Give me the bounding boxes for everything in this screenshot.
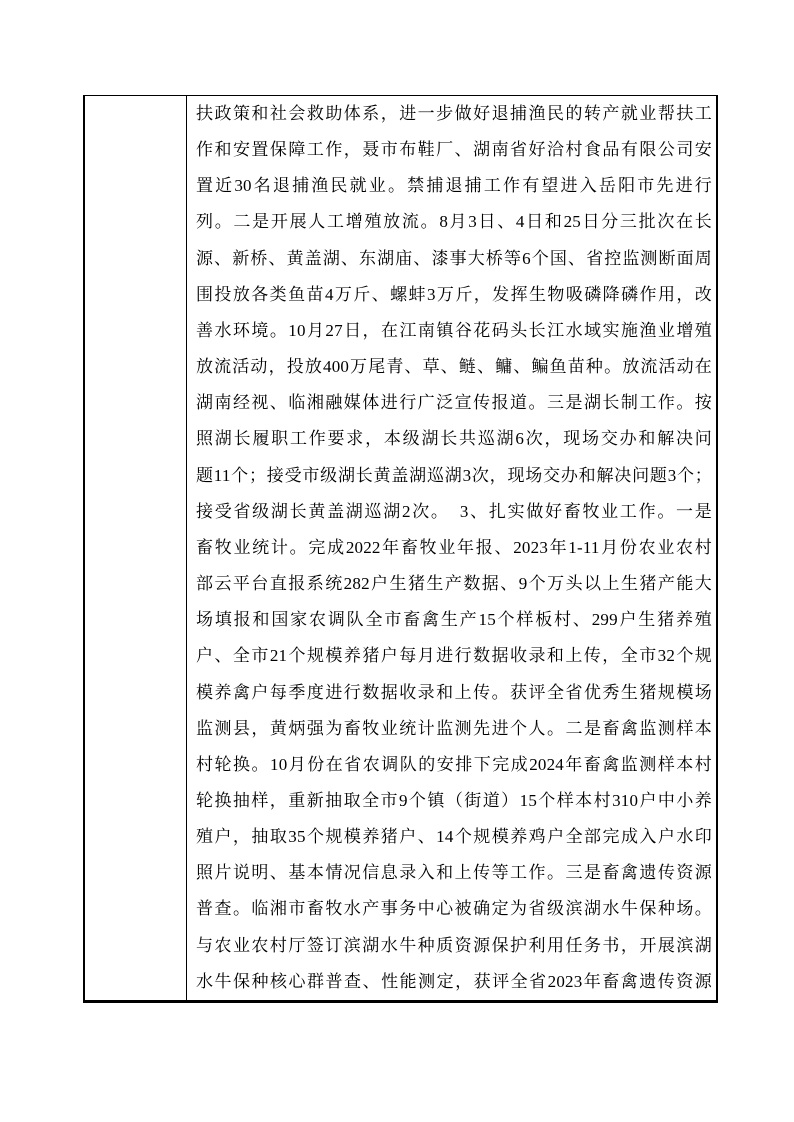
- text-line: 湖南经视、临湘融媒体进行广泛宣传报道。三是湖长制工作。按: [196, 385, 712, 421]
- text-line: 放流活动，投放400万尾青、草、鲢、鳙、鳊鱼苗种。放流活动在: [196, 349, 712, 385]
- text-line: 照片说明、基本情况信息录入和上传等工作。三是畜禽遗传资源: [196, 855, 712, 891]
- text-line: 作和安置保障工作，聂市布鞋厂、湖南省好洽村食品有限公司安: [196, 132, 712, 168]
- report-table: 扶政策和社会救助体系，进一步做好退捕渔民的转产就业帮扶工作和安置保障工作，聂市布…: [83, 95, 718, 1003]
- text-line: 源、新桥、黄盖湖、东湖庙、漆事大桥等6个国、省控监测断面周: [196, 241, 712, 277]
- text-line: 水牛保种核心群普查、性能测定，获评全省2023年畜禽遗传资源: [196, 964, 712, 1000]
- text-line: 置近30名退捕渔民就业。禁捕退捕工作有望进入岳阳市先进行: [196, 168, 712, 204]
- text-line: 普查。临湘市畜牧水产事务中心被确定为省级滨湖水牛保种场。: [196, 891, 712, 927]
- text-line: 列。二是开展人工增殖放流。8月3日、4日和25日分三批次在长: [196, 204, 712, 240]
- text-line: 轮换抽样，重新抽取全市9个镇（街道）15个样本村310户中小养: [196, 783, 712, 819]
- text-line: 村轮换。10月份在省农调队的安排下完成2024年畜禽监测样本村: [196, 747, 712, 783]
- text-line: 善水环境。10月27日，在江南镇谷花码头长江水域实施渔业增殖: [196, 313, 712, 349]
- text-line: 户、全市21个规模养猪户每月进行数据收录和上传，全市32个规: [196, 638, 712, 674]
- text-line: 围投放各类鱼苗4万斤、螺蚌3万斤，发挥生物吸磷降磷作用，改: [196, 277, 712, 313]
- text-line: 接受省级湖长黄盖湖巡湖2次。 3、扎实做好畜牧业工作。一是: [196, 494, 712, 530]
- table-content-cell: 扶政策和社会救助体系，进一步做好退捕渔民的转产就业帮扶工作和安置保障工作，聂市布…: [187, 96, 716, 1000]
- text-line: 场填报和国家农调队全市畜禽生产15个样板村、299户生猪养殖: [196, 602, 712, 638]
- text-line: 部云平台直报系统282户生猪生产数据、9个万头以上生猪产能大: [196, 566, 712, 602]
- text-line: 与农业农村厅签订滨湖水牛种质资源保护利用任务书，开展滨湖: [196, 928, 712, 964]
- text-line: 照湖长履职工作要求，本级湖长共巡湖6次，现场交办和解决问: [196, 421, 712, 457]
- text-line: 殖户，抽取35个规模养猪户、14个规模养鸡户全部完成入户水印: [196, 819, 712, 855]
- text-line: 畜牧业统计。完成2022年畜牧业年报、2023年1-11月份农业农村: [196, 530, 712, 566]
- table-left-header-cell: [85, 96, 187, 1000]
- text-line: 监测县，黄炳强为畜牧业统计监测先进个人。二是畜禽监测样本: [196, 711, 712, 747]
- text-line: 题11个；接受市级湖长黄盖湖巡湖3次，现场交办和解决问题3个；: [196, 458, 712, 494]
- text-line: 扶政策和社会救助体系，进一步做好退捕渔民的转产就业帮扶工: [196, 96, 712, 132]
- document-page: 扶政策和社会救助体系，进一步做好退捕渔民的转产就业帮扶工作和安置保障工作，聂市布…: [0, 0, 794, 1122]
- text-line: 模养禽户每季度进行数据收录和上传。获评全省优秀生猪规模场: [196, 675, 712, 711]
